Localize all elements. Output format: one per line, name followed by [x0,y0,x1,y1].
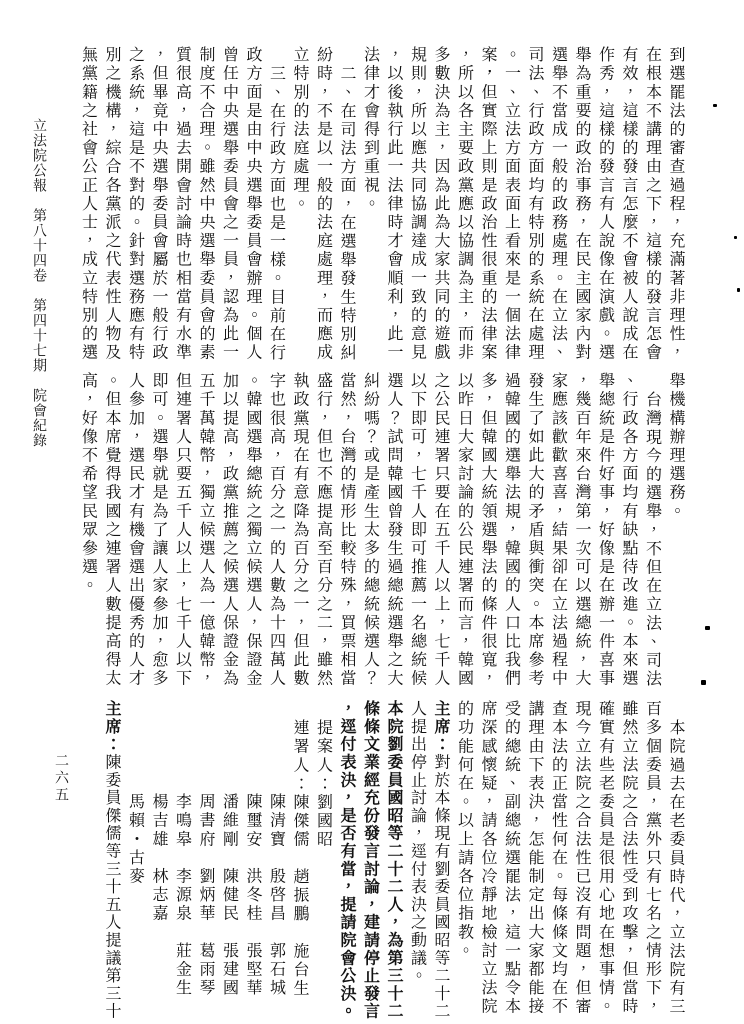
paragraph: 本院過去在老委員時代，立法院有三百多個委員，黨外只有七名之情形下，雖然立法院之合… [453,700,688,1022]
scan-speck [705,626,710,630]
speaker-line: 主席：對於本條現有劉委員國昭等二十二人提出停止討論，逕付表決之動議。 [406,700,453,1022]
gazette-page: 立法院公報 第八十四卷 第四十七期 院會紀錄 二六五 到選罷法的審查過程，充滿著… [0,0,744,1024]
scan-speck [489,70,491,72]
proposer-label: 提案人： [315,719,334,793]
paragraph: 舉機構辦理選務。 [665,372,689,694]
cosigners-line: 馬賴・古麥 [124,700,148,1022]
cosigners-line: 陳清寶 殷啓昌 郭石城 [265,700,289,1022]
speaker-name: 主席： [432,700,451,753]
paragraph: 台灣現今的選舉，不但在立法、司法、行政各方面均有缺點待改進。本來選舉總統是件好事… [77,372,665,694]
scan-speck [713,104,717,107]
gutter-title: 立法院公報 第八十四卷 第四十七期 院會紀錄 [29,118,48,448]
speaker-line: 主席：陳委員傑儒等三十五人提議第三十 [101,700,125,1022]
cosigners-line: 潘維剛 陳健民 張建國 [218,700,242,1022]
scan-speck [701,680,706,685]
cosigners-line: 連署人：陳傑儒 趙振鵬 施台生 [289,700,313,1022]
cosigners-line: 李鳴皋 李源泉 莊金生 [171,700,195,1022]
cosigners-line: 楊吉雄 林志嘉 [148,700,172,1022]
scan-speck [734,236,737,239]
paragraph: 二、在司法方面，在選舉發生特別糾紛時，不是以一般的法庭處理，而應成立特別的法庭處… [289,46,360,368]
text-block-2: 舉機構辦理選務。 台灣現今的選舉，不但在立法、司法、行政各方面均有缺點待改進。本… [72,372,688,694]
cosigner-label: 連署人： [291,719,310,793]
page-number: 二六五 [52,753,70,804]
paragraph: 三、在行政方面也是一樣。目前在行政方面是由中央選舉委員會辦理。個人曾任中央選舉委… [77,46,289,368]
proposer-name: 劉國昭 [315,793,334,849]
cosigners-line: 周書府 劉炳華 葛雨琴 [195,700,219,1022]
speaker-name: 主席： [103,700,122,753]
text-block-1: 到選罷法的審查過程，充滿著非理性，在根本不講理由之下，這樣的發言怎會有效，這樣的… [72,46,688,368]
cosigners-line: 陳璽安 洪冬桂 張堅華 [242,700,266,1022]
text-block-3: 本院過去在老委員時代，立法院有三百多個委員，黨外只有七名之情形下，雖然立法院之合… [72,700,688,1022]
paragraph: 到選罷法的審查過程，充滿著非理性，在根本不講理由之下，這樣的發言怎會有效，這樣的… [359,46,688,368]
cosigner-names: 陳傑儒 趙振鵬 施台生 [291,793,310,998]
motion-text: 本院劉委員國昭等二十二人，為第三十二條條文業經充份發言討論，建請停止發言，逕付表… [336,700,407,1022]
scan-speck [737,288,740,292]
speaker-text: 陳委員傑儒等三十五人提議第三十 [103,753,122,1020]
proposer-line: 提案人：劉國昭 [312,700,336,1022]
